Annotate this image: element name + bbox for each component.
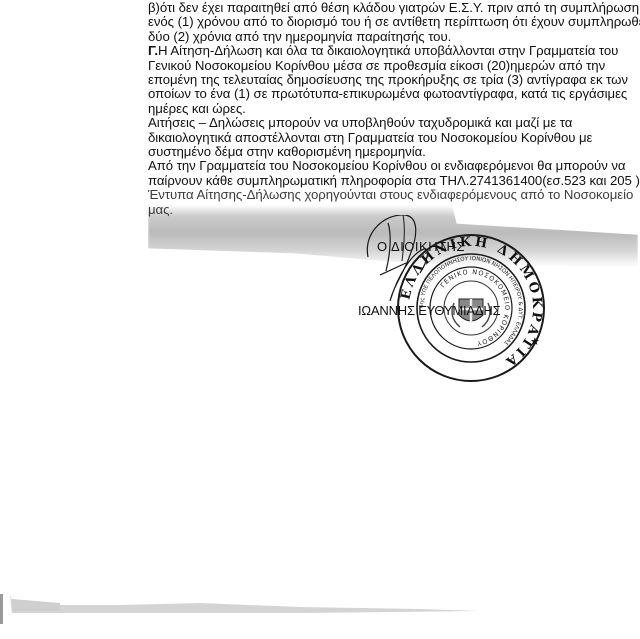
paragraph-beta-line-2: ενός (1) χρόνου από το διορισμό του ή σε… (148, 15, 636, 29)
document-body: β)ότι δεν έχει παραιτηθεί από θέση κλάδο… (148, 1, 636, 217)
paragraph-postal-line-2: δικαιολογητικά αποστέλλονται στη Γραμματ… (148, 131, 636, 145)
scan-artifact-streak (0, 593, 500, 615)
paragraph-info-line-1: Από την Γραμματεία του Νοσοκομείου Κορίν… (148, 159, 636, 173)
paragraph-beta-line-3: δύο (2) χρόνια από την ημερομηνία παραίτ… (148, 30, 636, 44)
paragraph-postal-line-3: συστημένο δέμα στην καθορισμένη ημερομην… (148, 145, 636, 159)
signatory-name: ΙΩΑΝΝΗΣ ΕΥΘΥΜΙΑΔΗΣ (358, 303, 500, 318)
paragraph-gamma-line-4: οποίων το ένα (1) σε πρωτότυπα-επικυρωμέ… (148, 87, 636, 101)
paragraph-gamma-label: Γ. (148, 43, 158, 58)
paragraph-gamma-line-1: Γ.Η Αίτηση-Δήλωση και όλα τα δικαιολογητ… (148, 44, 636, 58)
scanned-document-page: β)ότι δεν έχει παραιτηθεί από θέση κλάδο… (0, 0, 640, 639)
paragraph-gamma-line-5: ημέρες και ώρες. (148, 102, 636, 116)
paragraph-info-line-2: παίρνουν κάθε συμπληρωματική πληροφορία … (148, 174, 636, 188)
signatory-title: Ο ΔΙΟΙΚΗΤΗΣ (377, 239, 465, 254)
paragraph-forms-line-1: Έντυπα Αίτησης-Δήλωσης χορηγούνται στους… (148, 188, 636, 202)
seal-star-icon: ★ (530, 336, 540, 348)
paragraph-gamma-line-3: επομένη της τελευταίας δημοσίευσης της π… (148, 73, 636, 87)
scan-edge-mark (0, 594, 3, 624)
paragraph-beta-line-1: β)ότι δεν έχει παραιτηθεί από θέση κλάδο… (148, 1, 636, 15)
paragraph-gamma-text: Η Αίτηση-Δήλωση και όλα τα δικαιολογητικ… (158, 43, 618, 58)
signature-block: ΕΛΛΗΝΙΚΗ ΔΗΜΟΚΡΑΤΙΑ 6ης ΥΠΕ ΠΕΛΟΠΟΝΝΗΣΟΥ… (340, 215, 580, 385)
paragraph-gamma-line-2: Γενικού Νοσοκομείου Κορίνθου μέσα σε προ… (148, 59, 636, 73)
paragraph-postal-line-1: Αιτήσεις – Δηλώσεις μπορούν να υποβληθού… (148, 116, 636, 130)
